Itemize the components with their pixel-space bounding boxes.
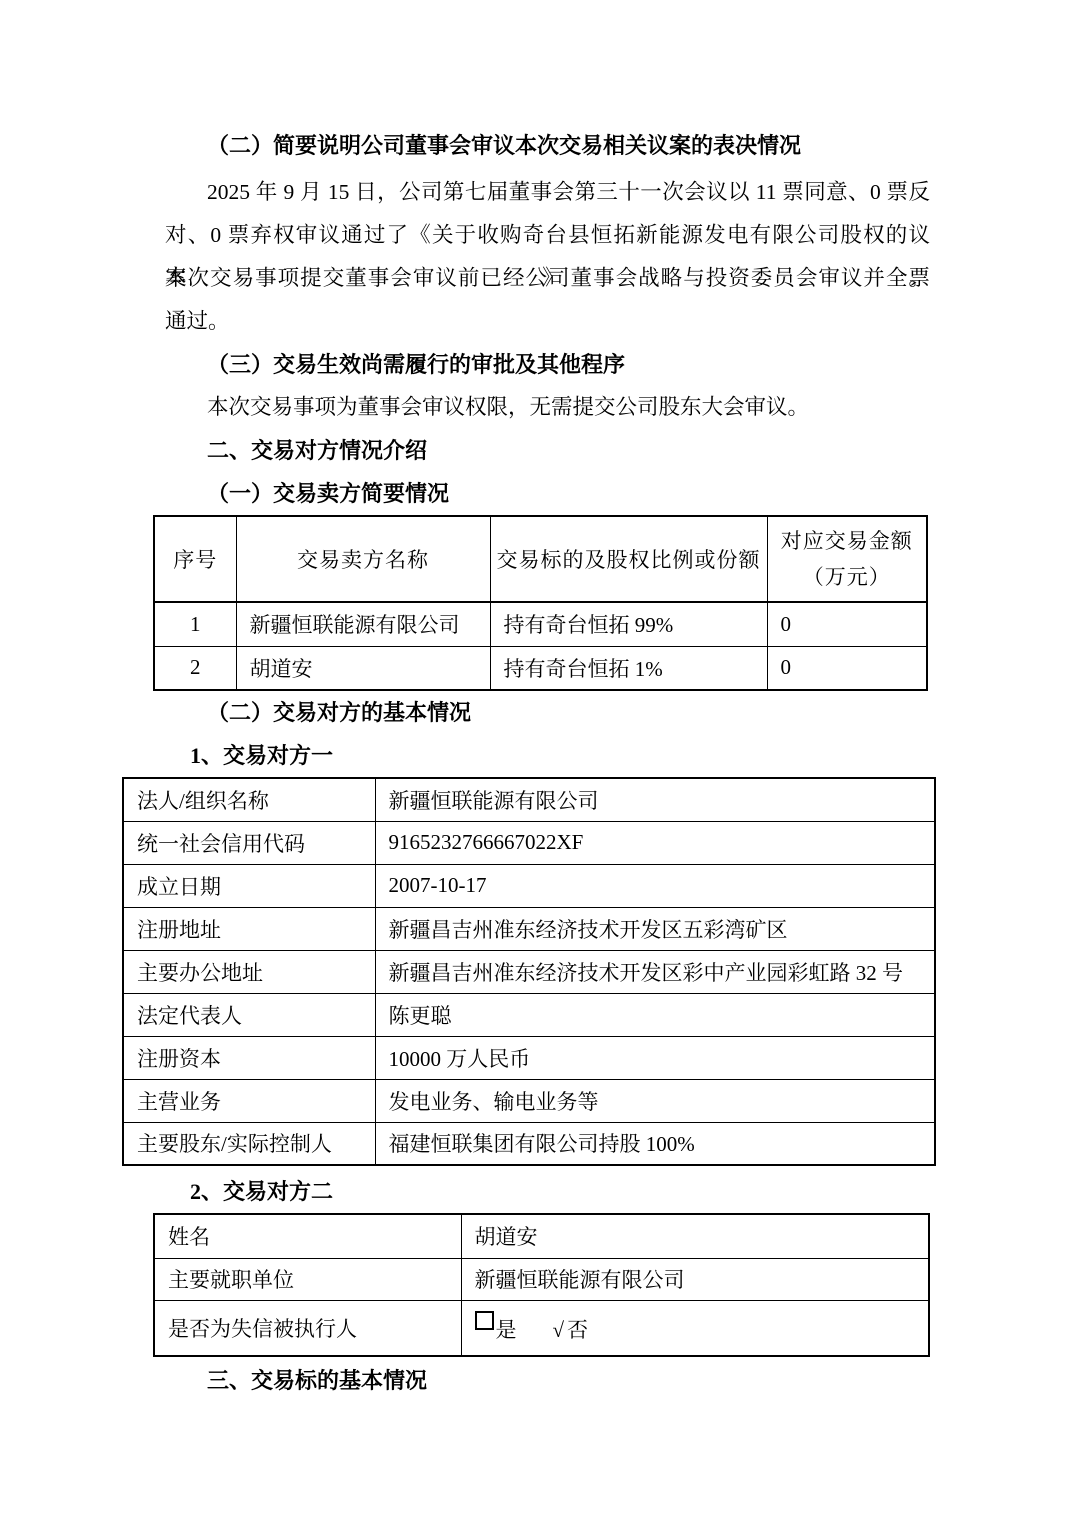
cell-label: 法定代表人: [123, 993, 375, 1036]
table-row: 2 胡道安 持有奇台恒拓 1% 0: [154, 646, 927, 690]
counterparty1-table: 法人/组织名称 新疆恒联能源有限公司 统一社会信用代码 916523276666…: [122, 777, 936, 1166]
cell-label: 姓名: [154, 1214, 461, 1258]
cell-target-equity: 持有奇台恒拓 1%: [490, 646, 767, 690]
cell-value: 发电业务、输电业务等: [375, 1079, 935, 1122]
cell-label: 主要股东/实际控制人: [123, 1122, 375, 1165]
heading-counterparty-intro: 二、交易对方情况介绍: [165, 429, 930, 472]
table-row: 是否为失信被执行人 是√否: [154, 1300, 929, 1356]
cell-value: 新疆昌吉州准东经济技术开发区彩中产业园彩虹路 32 号: [375, 950, 935, 993]
paragraph-approval: 本次交易事项为董事会审议权限，无需提交公司股东大会审议。: [165, 386, 930, 429]
cell-amount: 0: [767, 602, 927, 646]
cell-value: 2007-10-17: [375, 864, 935, 907]
heading-party-two: 2、交易对方二: [165, 1170, 930, 1213]
cell-seller-name: 胡道安: [236, 646, 490, 690]
table-row: 成立日期 2007-10-17: [123, 864, 935, 907]
heading-seller-brief: （一）交易卖方简要情况: [165, 472, 930, 515]
cell-value: 陈更聪: [375, 993, 935, 1036]
heading-target-basic: 三、交易标的基本情况: [165, 1359, 930, 1402]
table-row: 姓名 胡道安: [154, 1214, 929, 1258]
cell-label: 主要办公地址: [123, 950, 375, 993]
cell-amount: 0: [767, 646, 927, 690]
cell-value: 10000 万人民币: [375, 1036, 935, 1079]
seller-table-header-row: 序号 交易卖方名称 交易标的及股权比例或份额 对应交易金额 （万元）: [154, 516, 927, 602]
cell-value: 福建恒联集团有限公司持股 100%: [375, 1122, 935, 1165]
table-row: 1 新疆恒联能源有限公司 持有奇台恒拓 99% 0: [154, 602, 927, 646]
table-row: 主要就职单位 新疆恒联能源有限公司: [154, 1258, 929, 1300]
document-page: （二）简要说明公司董事会审议本次交易相关议案的表决情况 2025 年 9 月 1…: [0, 0, 1080, 1527]
table-row: 法定代表人 陈更聪: [123, 993, 935, 1036]
cell-label: 主营业务: [123, 1079, 375, 1122]
cell-value: 新疆恒联能源有限公司: [461, 1258, 929, 1300]
cell-value: 胡道安: [461, 1214, 929, 1258]
col-header-amount-line1: 对应交易金额: [768, 523, 927, 559]
col-header-amount: 对应交易金额 （万元）: [767, 516, 927, 602]
table-row: 注册地址 新疆昌吉州准东经济技术开发区五彩湾矿区: [123, 907, 935, 950]
cell-value: 9165232766667022XF: [375, 821, 935, 864]
cell-label: 法人/组织名称: [123, 778, 375, 821]
paragraph-voting-line-3: 本次交易事项提交董事会审议前已经公司董事会战略与投资委员会审议并全票: [165, 257, 930, 300]
paragraph-voting-line-1: 2025 年 9 月 15 日，公司第七届董事会第三十一次会议以 11 票同意、…: [165, 171, 930, 214]
cell-label: 主要就职单位: [154, 1258, 461, 1300]
cell-label: 注册地址: [123, 907, 375, 950]
option-no-label: 否: [567, 1318, 588, 1342]
checkmark-icon: √: [553, 1318, 565, 1342]
cell-label: 是否为失信被执行人: [154, 1300, 461, 1356]
checkbox-unchecked-icon: [475, 1311, 494, 1330]
heading-party-one: 1、交易对方一: [165, 734, 930, 777]
cell-label: 成立日期: [123, 864, 375, 907]
heading-approval-procedures: （三）交易生效尚需履行的审批及其他程序: [165, 343, 930, 386]
seller-table: 序号 交易卖方名称 交易标的及股权比例或份额 对应交易金额 （万元） 1 新疆恒…: [153, 515, 928, 691]
cell-value: 新疆昌吉州准东经济技术开发区五彩湾矿区: [375, 907, 935, 950]
cell-target-equity: 持有奇台恒拓 99%: [490, 602, 767, 646]
table-row: 主营业务 发电业务、输电业务等: [123, 1079, 935, 1122]
cell-value: 新疆恒联能源有限公司: [375, 778, 935, 821]
heading-counterparty-basic: （二）交易对方的基本情况: [165, 691, 930, 734]
cell-seller-name: 新疆恒联能源有限公司: [236, 602, 490, 646]
col-header-amount-line2: （万元）: [768, 559, 927, 595]
heading-board-voting: （二）简要说明公司董事会审议本次交易相关议案的表决情况: [165, 124, 930, 167]
table-row: 注册资本 10000 万人民币: [123, 1036, 935, 1079]
counterparty2-table: 姓名 胡道安 主要就职单位 新疆恒联能源有限公司 是否为失信被执行人 是√否: [153, 1213, 930, 1357]
col-header-target-equity: 交易标的及股权比例或份额: [490, 516, 767, 602]
option-yes-label: 是: [496, 1318, 517, 1342]
table-row: 统一社会信用代码 9165232766667022XF: [123, 821, 935, 864]
cell-label: 注册资本: [123, 1036, 375, 1079]
table-row: 主要股东/实际控制人 福建恒联集团有限公司持股 100%: [123, 1122, 935, 1165]
cell-label: 统一社会信用代码: [123, 821, 375, 864]
table-row: 主要办公地址 新疆昌吉州准东经济技术开发区彩中产业园彩虹路 32 号: [123, 950, 935, 993]
cell-no: 2: [154, 646, 236, 690]
col-header-no: 序号: [154, 516, 236, 602]
paragraph-voting-line-4: 通过。: [165, 300, 930, 343]
table-row: 法人/组织名称 新疆恒联能源有限公司: [123, 778, 935, 821]
paragraph-voting-line-2: 对、0 票弃权审议通过了《关于收购奇台县恒拓新能源发电有限公司股权的议案》。: [165, 214, 930, 257]
cell-dishonest-options: 是√否: [461, 1300, 929, 1356]
col-header-seller-name: 交易卖方名称: [236, 516, 490, 602]
cell-no: 1: [154, 602, 236, 646]
